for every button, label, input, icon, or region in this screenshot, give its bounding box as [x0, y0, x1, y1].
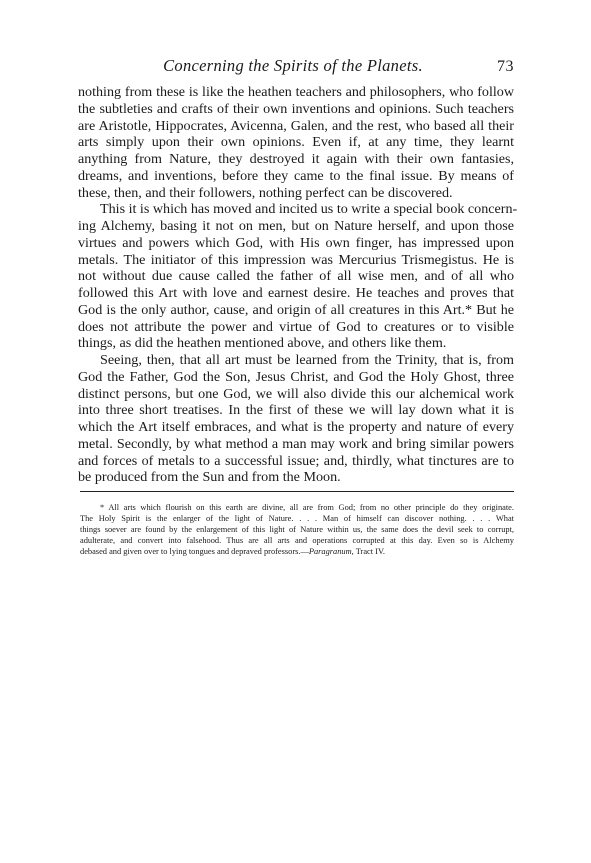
text-line: these, then, and their followers, nothin… [78, 185, 514, 202]
text-line: are Aristotle, Hippocrates, Avicenna, Ga… [78, 118, 514, 135]
text-line: metal. Secondly, by what method a man ma… [78, 436, 514, 453]
paragraph-1: nothing from these is like the heathen t… [78, 84, 514, 201]
paragraph-3: Seeing, then, that all art must be learn… [78, 352, 514, 486]
text-line: virtues and powers which God, with His o… [78, 235, 514, 252]
text-line: This it is which has moved and incited u… [78, 201, 514, 218]
text-line: dreams, and inventions, before they came… [78, 168, 514, 185]
footnote: * All arts which flourish on this earth … [80, 502, 514, 557]
text-line: into three short treatises. In the first… [78, 402, 514, 419]
footnote-line: things soever are found by the enlargeme… [80, 524, 514, 535]
text-line: God is the only author, cause, and origi… [78, 302, 514, 319]
text-line: followed this Art with love and earnest … [78, 285, 514, 302]
footnote-line: * All arts which flourish on this earth … [80, 502, 514, 513]
footnote-citation-tract: , Tract IV. [352, 547, 385, 556]
text-line: nothing from these is like the heathen t… [78, 84, 514, 101]
text-line: which the Art itself embraces, and what … [78, 419, 514, 436]
page-number: 73 [497, 58, 514, 76]
footnote-text: debased and given over to lying tongues … [80, 547, 309, 556]
text-line: the subtleties and crafts of their own i… [78, 101, 514, 118]
footnote-line: The Holy Spirit is the enlarger of the l… [80, 513, 514, 524]
footnote-line: debased and given over to lying tongues … [80, 546, 514, 557]
text-line: metals. The initiator of this impression… [78, 252, 514, 269]
text-line: distinct persons, but one God, we will a… [78, 386, 514, 403]
text-line: be produced from the Sun and from the Mo… [78, 469, 514, 486]
text-line: ing Alchemy, basing it not on men, but o… [78, 218, 514, 235]
running-title: Concerning the Spirits of the Planets. [78, 56, 514, 76]
text-line: and forces of metals to a successful iss… [78, 453, 514, 470]
footnote-line: adulterate, and convert into falsehood. … [80, 535, 514, 546]
footnote-divider [80, 491, 514, 492]
running-head: Concerning the Spirits of the Planets. 7… [78, 56, 514, 76]
text-line: does not attribute the power and virtue … [78, 319, 514, 336]
text-line: Seeing, then, that all art must be learn… [78, 352, 514, 369]
text-line: arts simply upon their own opinions. Eve… [78, 134, 514, 151]
text-line: not without due cause called the father … [78, 268, 514, 285]
body-text: nothing from these is like the heathen t… [78, 84, 514, 486]
paragraph-2: This it is which has moved and incited u… [78, 201, 514, 352]
text-line: things, as did the heathen mentioned abo… [78, 335, 514, 352]
text-line: God the Father, God the Son, Jesus Chris… [78, 369, 514, 386]
text-line: anything from Nature, they destroyed it … [78, 151, 514, 168]
footnote-citation-title: Paragranum [309, 547, 352, 556]
